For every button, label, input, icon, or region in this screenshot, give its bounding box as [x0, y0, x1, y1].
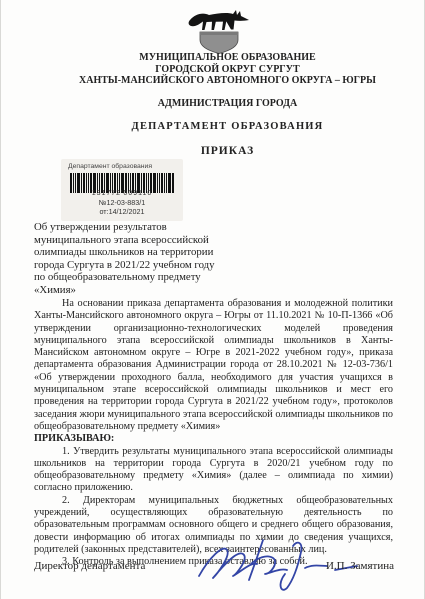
signer-name: И.П. Замятина [326, 560, 394, 572]
administration-line: АДМИНИСТРАЦИЯ ГОРОДА [59, 98, 396, 109]
registration-number: №12-03-883/1 [64, 198, 180, 207]
order-document-page: МУНИЦИПАЛЬНОЕ ОБРАЗОВАНИЕ ГОРОДСКОЙ ОКРУ… [0, 0, 425, 599]
fox-icon [189, 10, 249, 30]
surgut-coat-of-arms-icon [187, 8, 251, 54]
stamp-department-label: Департамент образования [64, 163, 180, 171]
org-name-line2: ГОРОДСКОЙ ОКРУГ СУРГУТ [59, 64, 396, 76]
org-name-line3: ХАНТЫ-МАНСИЙСКОГО АВТОНОМНОГО ОКРУГА – Ю… [59, 75, 396, 87]
document-type-title: ПРИКАЗ [59, 145, 396, 157]
department-line: ДЕПАРТАМЕНТ ОБРАЗОВАНИЯ [59, 121, 396, 132]
org-name-line1: МУНИЦИПАЛЬНОЕ ОБРАЗОВАНИЕ [59, 52, 396, 64]
letterhead: МУНИЦИПАЛЬНОЕ ОБРАЗОВАНИЕ ГОРОДСКОЙ ОКРУ… [59, 52, 396, 157]
resolution-keyword: ПРИКАЗЫВАЮ: [34, 433, 393, 445]
registration-date: от:14/12/2021 [64, 207, 180, 216]
order-preamble: На основании приказа департамента образо… [34, 298, 393, 433]
registration-stamp: Департамент образования [61, 159, 183, 221]
signer-position-title: Директор департамента [34, 560, 145, 572]
order-item-1: 1. Утвердить результаты муниципального э… [34, 446, 393, 495]
shield-icon [200, 32, 238, 54]
order-subject: Об утверждении результатов муниципальног… [34, 221, 264, 296]
